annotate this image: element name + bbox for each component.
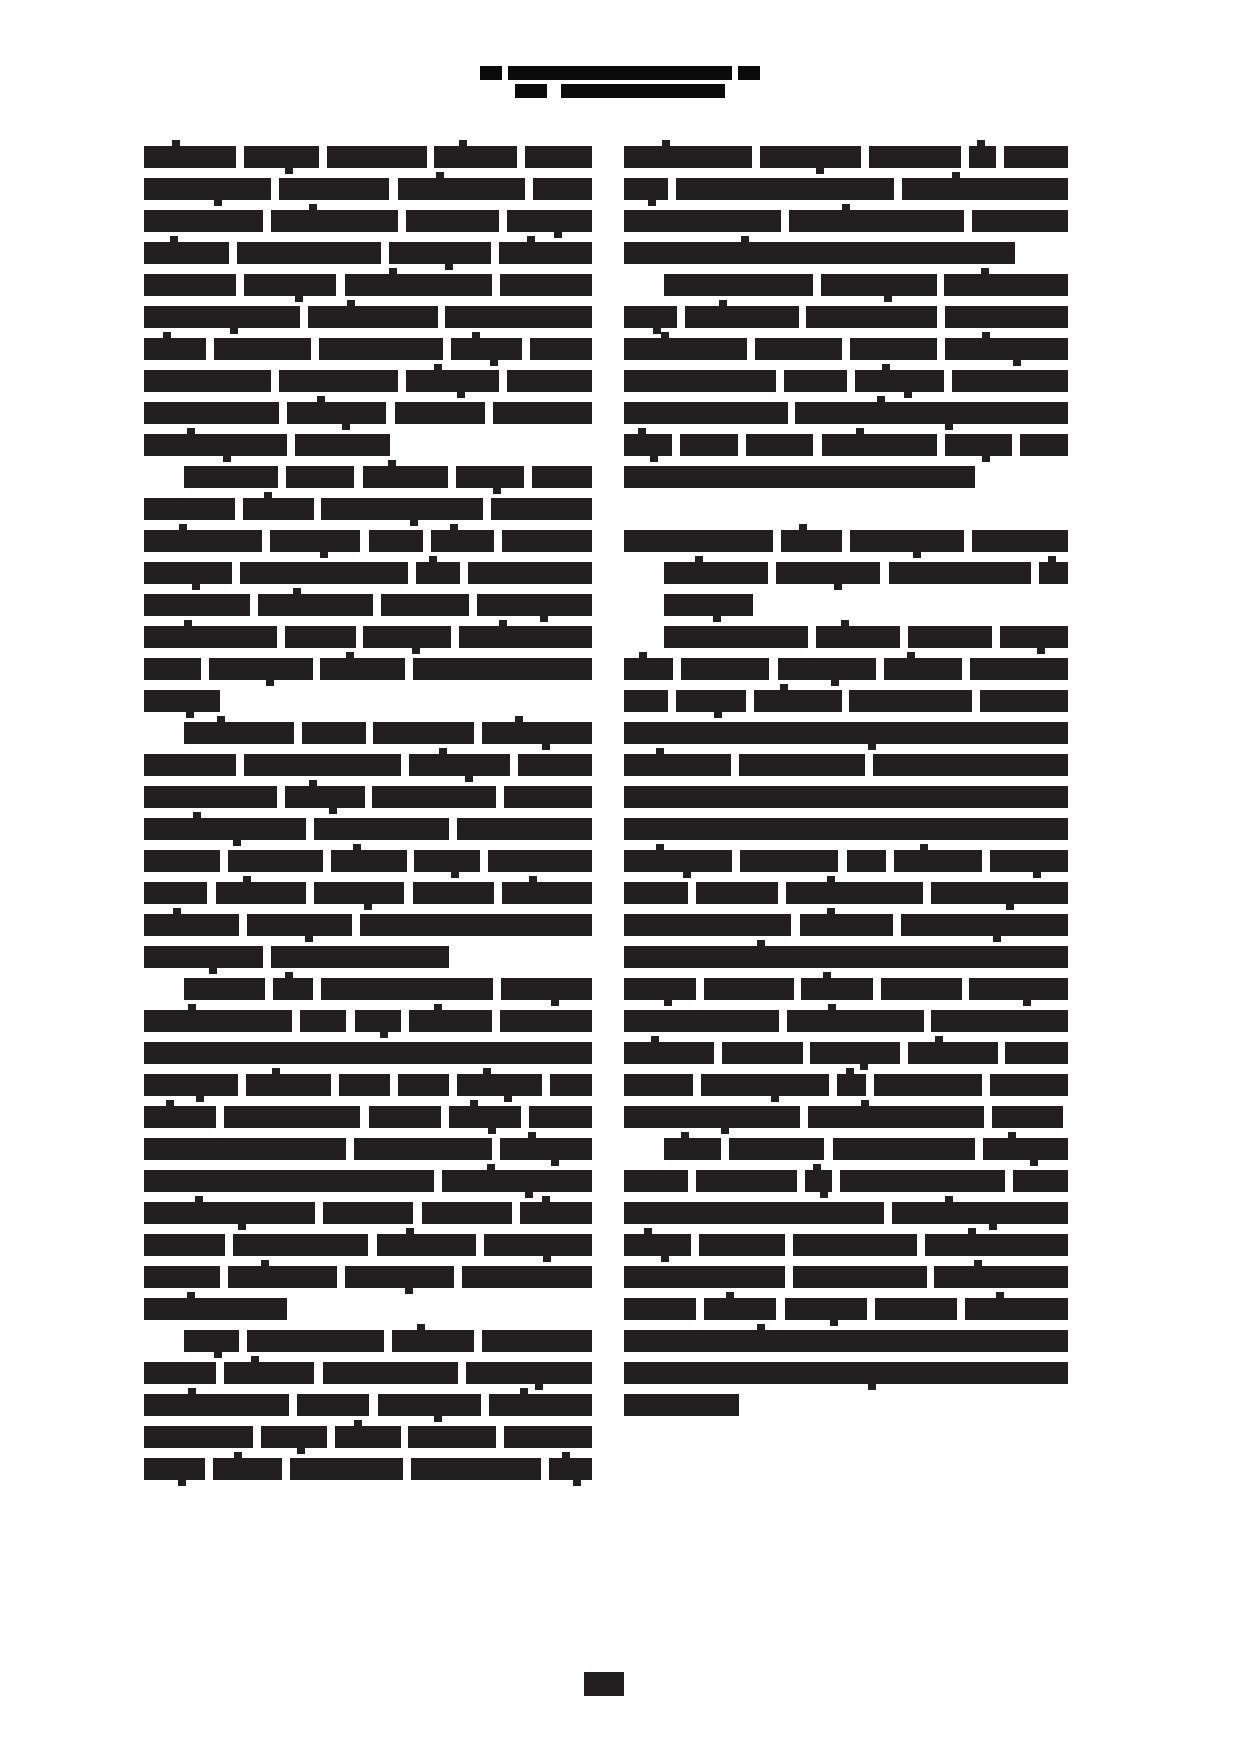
text-line xyxy=(144,977,592,1001)
redacted-word xyxy=(518,754,592,776)
text-line xyxy=(144,1393,592,1417)
redacted-word xyxy=(270,530,360,552)
redacted-word xyxy=(1013,1170,1068,1192)
redacted-word xyxy=(624,466,975,488)
redacted-word xyxy=(931,1010,1068,1032)
redacted-word xyxy=(456,466,524,488)
redacted-word xyxy=(624,978,696,1000)
text-line xyxy=(624,337,1068,361)
redacted-word xyxy=(369,530,423,552)
text-line xyxy=(624,1041,1068,1065)
redacted-text xyxy=(508,66,732,80)
redacted-word xyxy=(624,178,668,200)
redacted-word xyxy=(144,498,235,520)
redacted-word xyxy=(837,1074,866,1096)
text-line xyxy=(624,721,1068,745)
redacted-word xyxy=(624,882,688,904)
redacted-word xyxy=(624,914,791,936)
redacted-word xyxy=(144,1074,238,1096)
redacted-word xyxy=(664,274,813,296)
redacted-word xyxy=(258,594,373,616)
redacted-word xyxy=(532,466,592,488)
redacted-word xyxy=(377,1234,476,1256)
redacted-word xyxy=(466,1362,592,1384)
redacted-word xyxy=(664,626,808,648)
redacted-word xyxy=(468,562,592,584)
redacted-word xyxy=(507,210,592,232)
text-line xyxy=(144,881,592,905)
text-line xyxy=(144,593,592,617)
text-line xyxy=(144,1137,592,1161)
redacted-word xyxy=(970,658,1068,680)
text-line xyxy=(144,337,592,361)
redacted-word xyxy=(805,1170,832,1192)
redacted-word xyxy=(624,786,1068,808)
redacted-word xyxy=(431,530,494,552)
redacted-word xyxy=(413,658,592,680)
redacted-word xyxy=(624,1202,884,1224)
redacted-word xyxy=(881,978,962,1000)
text-line xyxy=(144,1105,592,1129)
redacted-word xyxy=(908,1042,998,1064)
redacted-word xyxy=(414,850,480,872)
redacted-word xyxy=(144,626,277,648)
text-line xyxy=(144,145,592,169)
redacted-word xyxy=(144,1458,205,1480)
text-line xyxy=(144,689,592,713)
text-line xyxy=(144,785,592,809)
redacted-word xyxy=(729,1138,824,1160)
redacted-word xyxy=(331,850,407,872)
text-line xyxy=(144,401,592,425)
redacted-word xyxy=(850,338,937,360)
redacted-word xyxy=(406,370,499,392)
redacted-word xyxy=(184,466,278,488)
redacted-word xyxy=(685,306,799,328)
text-line xyxy=(624,1137,1068,1161)
text-line xyxy=(144,1169,592,1193)
redacted-word xyxy=(271,946,449,968)
redacted-word xyxy=(507,370,592,392)
redacted-word xyxy=(271,210,398,232)
redacted-word xyxy=(676,690,746,712)
redacted-text xyxy=(738,66,760,80)
paragraph xyxy=(624,145,1068,265)
redacted-word xyxy=(144,882,207,904)
redacted-word xyxy=(500,274,592,296)
redacted-word xyxy=(373,722,474,744)
redacted-word xyxy=(261,1426,327,1448)
redacted-word xyxy=(755,338,842,360)
redacted-word xyxy=(144,210,263,232)
text-line xyxy=(624,1201,1068,1225)
redacted-word xyxy=(746,434,813,456)
redacted-word xyxy=(781,530,842,552)
text-line xyxy=(144,721,592,745)
text-line xyxy=(144,1201,592,1225)
redacted-word xyxy=(144,434,287,456)
redacted-word xyxy=(144,1138,346,1160)
redacted-word xyxy=(892,1202,1068,1224)
text-line xyxy=(144,465,592,489)
redacted-word xyxy=(327,146,427,168)
document-page xyxy=(0,0,1240,1754)
redacted-word xyxy=(144,242,229,264)
redacted-word xyxy=(144,850,220,872)
redacted-word xyxy=(624,1266,785,1288)
redacted-word xyxy=(144,146,236,168)
redacted-word xyxy=(445,306,592,328)
redacted-word xyxy=(884,658,962,680)
redacted-word xyxy=(449,1106,521,1128)
paragraph xyxy=(144,145,592,457)
text-line xyxy=(624,1297,1068,1321)
redacted-word xyxy=(279,370,398,392)
redacted-word xyxy=(300,1010,346,1032)
redacted-word xyxy=(800,914,893,936)
redacted-word xyxy=(459,626,592,648)
redacted-word xyxy=(240,562,408,584)
right-column xyxy=(624,145,1068,1425)
text-line xyxy=(624,913,1068,937)
paragraph xyxy=(624,1137,1068,1417)
redacted-word xyxy=(681,658,769,680)
redacted-word xyxy=(696,882,778,904)
redacted-word xyxy=(850,530,964,552)
redacted-word xyxy=(319,338,443,360)
redacted-word xyxy=(144,1234,225,1256)
redacted-word xyxy=(980,690,1068,712)
redacted-word xyxy=(297,1394,369,1416)
redacted-word xyxy=(504,786,592,808)
redacted-word xyxy=(398,1074,449,1096)
redacted-word xyxy=(442,1170,592,1192)
text-line xyxy=(144,241,592,265)
redacted-word xyxy=(676,178,894,200)
redacted-word xyxy=(1039,562,1068,584)
redacted-word xyxy=(945,306,1068,328)
redacted-word xyxy=(247,1330,384,1352)
redacted-word xyxy=(624,530,773,552)
redacted-word xyxy=(406,210,499,232)
redacted-word xyxy=(484,1234,592,1256)
redacted-word xyxy=(213,1458,282,1480)
redacted-word xyxy=(934,1266,1068,1288)
redacted-word xyxy=(477,594,592,616)
redacted-word xyxy=(144,754,236,776)
paragraph xyxy=(624,273,1068,489)
text-line xyxy=(624,817,1068,841)
text-line xyxy=(144,1425,592,1449)
redacted-word xyxy=(144,1106,216,1128)
text-line xyxy=(144,369,592,393)
redacted-word xyxy=(785,1298,867,1320)
redacted-word xyxy=(457,818,592,840)
redacted-word xyxy=(279,178,389,200)
redacted-word xyxy=(144,338,206,360)
redacted-word xyxy=(323,1362,458,1384)
redacted-word xyxy=(224,1362,314,1384)
text-line xyxy=(144,849,592,873)
redacted-word xyxy=(624,1042,714,1064)
redacted-word xyxy=(323,1202,413,1224)
redacted-word xyxy=(810,1042,900,1064)
text-line xyxy=(624,1393,1068,1417)
text-line xyxy=(624,689,1068,713)
redacted-word xyxy=(778,658,876,680)
redacted-word xyxy=(722,1042,803,1064)
redacted-word xyxy=(360,914,592,936)
redacted-word xyxy=(243,498,314,520)
redacted-word xyxy=(144,914,239,936)
text-line xyxy=(624,369,1068,393)
redacted-word xyxy=(816,626,900,648)
redacted-text xyxy=(480,66,502,80)
redacted-word xyxy=(501,978,592,1000)
redacted-word xyxy=(144,690,220,712)
redacted-word xyxy=(321,978,493,1000)
redacted-word xyxy=(704,978,794,1000)
redacted-word xyxy=(244,754,401,776)
text-line xyxy=(144,1073,592,1097)
redacted-word xyxy=(491,498,592,520)
redacted-word xyxy=(664,1138,721,1160)
redacted-word xyxy=(314,882,404,904)
text-line xyxy=(144,1265,592,1289)
text-line xyxy=(144,753,592,777)
redacted-word xyxy=(411,1458,541,1480)
redacted-word xyxy=(308,306,438,328)
redacted-word xyxy=(793,1266,927,1288)
section-heading xyxy=(624,529,1068,617)
redacted-word xyxy=(889,562,1031,584)
text-line xyxy=(144,1329,592,1353)
text-line xyxy=(624,753,1068,777)
text-line xyxy=(624,465,1068,489)
redacted-word xyxy=(847,850,886,872)
redacted-word xyxy=(228,1266,337,1288)
redacted-word xyxy=(184,1330,239,1352)
redacted-word xyxy=(285,626,356,648)
redacted-word xyxy=(339,1074,390,1096)
redacted-word xyxy=(287,402,386,424)
redacted-word xyxy=(144,786,277,808)
text-line xyxy=(624,1361,1068,1385)
text-line xyxy=(144,497,592,521)
redacted-word xyxy=(550,1074,592,1096)
redacted-word xyxy=(184,722,294,744)
redacted-word xyxy=(144,818,306,840)
text-line xyxy=(624,1329,1068,1353)
redacted-word xyxy=(302,722,366,744)
redacted-word xyxy=(144,1362,216,1384)
redacted-word xyxy=(216,882,306,904)
redacted-word xyxy=(787,1010,924,1032)
redacted-word xyxy=(144,274,236,296)
redacted-word xyxy=(965,1298,1068,1320)
redacted-word xyxy=(624,1330,1068,1352)
redacted-word xyxy=(434,146,517,168)
text-line xyxy=(624,401,1068,425)
redacted-word xyxy=(363,466,448,488)
text-line xyxy=(144,209,592,233)
redacted-word xyxy=(273,978,313,1000)
text-line xyxy=(624,145,1068,169)
text-line xyxy=(144,625,592,649)
redacted-word xyxy=(776,562,880,584)
header-line xyxy=(480,66,760,80)
text-line xyxy=(144,945,592,969)
redacted-word xyxy=(144,1426,253,1448)
redacted-word xyxy=(144,1010,292,1032)
redacted-word xyxy=(499,242,592,264)
redacted-word xyxy=(624,242,1015,264)
redacted-word xyxy=(624,1010,779,1032)
redacted-word xyxy=(144,370,271,392)
header-line xyxy=(515,84,725,98)
paragraph xyxy=(144,977,592,1321)
redacted-word xyxy=(680,434,738,456)
text-line xyxy=(624,1233,1068,1257)
text-line xyxy=(624,529,1068,553)
text-line xyxy=(624,945,1068,969)
redacted-word xyxy=(392,1330,474,1352)
page-number xyxy=(584,1672,624,1696)
redacted-word xyxy=(144,1042,592,1064)
redacted-word xyxy=(246,1074,331,1096)
redacted-word xyxy=(624,1298,696,1320)
redacted-word xyxy=(664,594,753,616)
redacted-word xyxy=(789,210,964,232)
redacted-word xyxy=(416,562,460,584)
redacted-text xyxy=(515,84,547,98)
text-line xyxy=(144,1233,592,1257)
redacted-word xyxy=(1000,626,1068,648)
text-line xyxy=(624,1073,1068,1097)
redacted-word xyxy=(624,1394,739,1416)
redacted-word xyxy=(233,1234,368,1256)
redacted-word xyxy=(530,338,592,360)
redacted-word xyxy=(795,402,1068,424)
text-line xyxy=(144,1361,592,1385)
redacted-word xyxy=(144,1202,315,1224)
text-line xyxy=(144,177,592,201)
redacted-word xyxy=(290,1458,403,1480)
redacted-word xyxy=(992,1106,1063,1128)
redacted-word xyxy=(902,178,1068,200)
paragraph xyxy=(144,465,592,713)
redacted-word xyxy=(413,882,494,904)
redacted-word xyxy=(849,690,972,712)
redacted-word xyxy=(740,850,838,872)
redacted-word xyxy=(945,338,1068,360)
redacted-word xyxy=(462,1266,592,1288)
text-line xyxy=(624,593,1068,617)
redacted-word xyxy=(237,242,381,264)
text-line xyxy=(144,273,592,297)
blank-line xyxy=(624,497,1068,529)
text-line xyxy=(624,177,1068,201)
redacted-word xyxy=(1004,146,1068,168)
text-line xyxy=(144,817,592,841)
redacted-word xyxy=(840,1170,1005,1192)
text-line xyxy=(624,625,1068,649)
redacted-word xyxy=(500,1010,592,1032)
redacted-word xyxy=(228,850,323,872)
redacted-word xyxy=(624,338,747,360)
text-line xyxy=(144,1297,592,1321)
redacted-word xyxy=(808,1106,984,1128)
redacted-word xyxy=(664,562,768,584)
redacted-word xyxy=(502,882,592,904)
redacted-word xyxy=(144,530,262,552)
text-line xyxy=(624,305,1068,329)
redacted-word xyxy=(624,1106,800,1128)
redacted-word xyxy=(806,306,937,328)
redacted-word xyxy=(144,658,201,680)
redacted-word xyxy=(335,1426,401,1448)
redacted-word xyxy=(969,978,1068,1000)
redacted-word xyxy=(699,1234,785,1256)
redacted-word xyxy=(500,1138,592,1160)
redacted-word xyxy=(389,242,491,264)
text-line xyxy=(624,785,1068,809)
text-line xyxy=(624,849,1068,873)
redacted-word xyxy=(786,882,923,904)
redacted-word xyxy=(822,434,937,456)
redacted-word xyxy=(972,530,1068,552)
redacted-word xyxy=(944,274,1068,296)
redacted-word xyxy=(354,1138,492,1160)
redacted-word xyxy=(363,626,451,648)
text-line xyxy=(624,1105,1068,1129)
redacted-word xyxy=(1020,434,1068,456)
text-line xyxy=(144,561,592,585)
text-line xyxy=(144,1041,592,1065)
redacted-word xyxy=(990,850,1068,872)
paragraph xyxy=(144,721,592,969)
redacted-word xyxy=(983,1138,1068,1160)
running-header xyxy=(0,66,1240,102)
text-line xyxy=(624,273,1068,297)
redacted-word xyxy=(409,754,510,776)
redacted-word xyxy=(875,1298,957,1320)
text-line xyxy=(624,1169,1068,1193)
redacted-word xyxy=(369,1106,441,1128)
redacted-word xyxy=(482,722,592,744)
redacted-word xyxy=(704,1298,776,1320)
text-line xyxy=(144,657,592,681)
redacted-word xyxy=(624,658,673,680)
redacted-word xyxy=(144,594,250,616)
redacted-word xyxy=(457,1074,542,1096)
redacted-word xyxy=(908,626,992,648)
redacted-word xyxy=(314,818,449,840)
text-line xyxy=(624,561,1068,585)
redacted-word xyxy=(295,434,390,456)
redacted-word xyxy=(784,370,847,392)
text-line xyxy=(624,1009,1068,1033)
redacted-word xyxy=(482,1330,592,1352)
redacted-word xyxy=(821,274,937,296)
redacted-word xyxy=(533,178,592,200)
redacted-word xyxy=(624,722,1068,744)
redacted-word xyxy=(696,1170,797,1192)
text-line xyxy=(624,977,1068,1001)
redacted-word xyxy=(952,370,1068,392)
redacted-word xyxy=(549,1458,592,1480)
text-line xyxy=(144,1009,592,1033)
